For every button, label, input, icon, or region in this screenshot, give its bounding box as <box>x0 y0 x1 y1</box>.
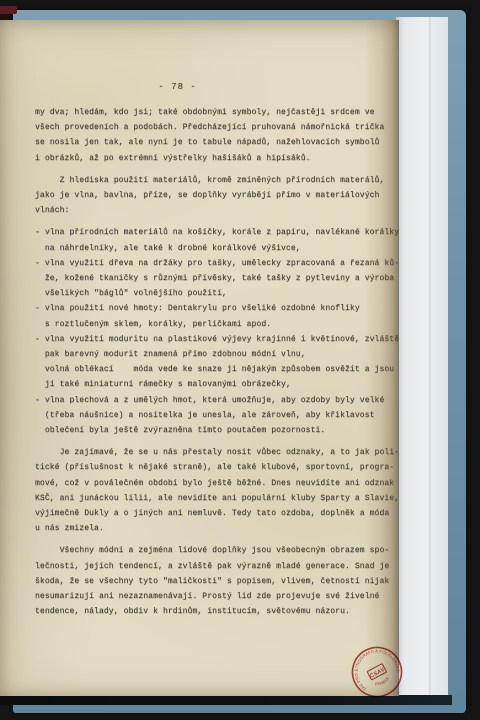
dash-list: - vlna přírodních materiálů na košíčky, … <box>35 225 395 438</box>
stamp-center-text: ČSAV <box>369 666 386 680</box>
page-number: - 78 - <box>0 82 399 92</box>
body-text: my dva; hledám, kdo jsi; také obdobnými … <box>0 105 395 620</box>
paragraph: Všechny módní a zejména lidové doplňky j… <box>35 543 395 619</box>
paragraph: my dva; hledám, kdo jsi; také obdobnými … <box>35 105 395 166</box>
paragraph: Z hlediska použití materiálů, kromě zmín… <box>35 173 395 219</box>
book-spine-tip <box>0 6 17 14</box>
document-page: - 78 - my dva; hledám, kdo jsi; také obd… <box>0 20 399 696</box>
pages-fore-edge <box>396 17 448 705</box>
paragraph: Je zajímavé, že se u nás přestaly nosit … <box>35 445 395 536</box>
scanned-book-photo: - 78 - my dva; hledám, kdo jsi; také obd… <box>0 0 480 720</box>
